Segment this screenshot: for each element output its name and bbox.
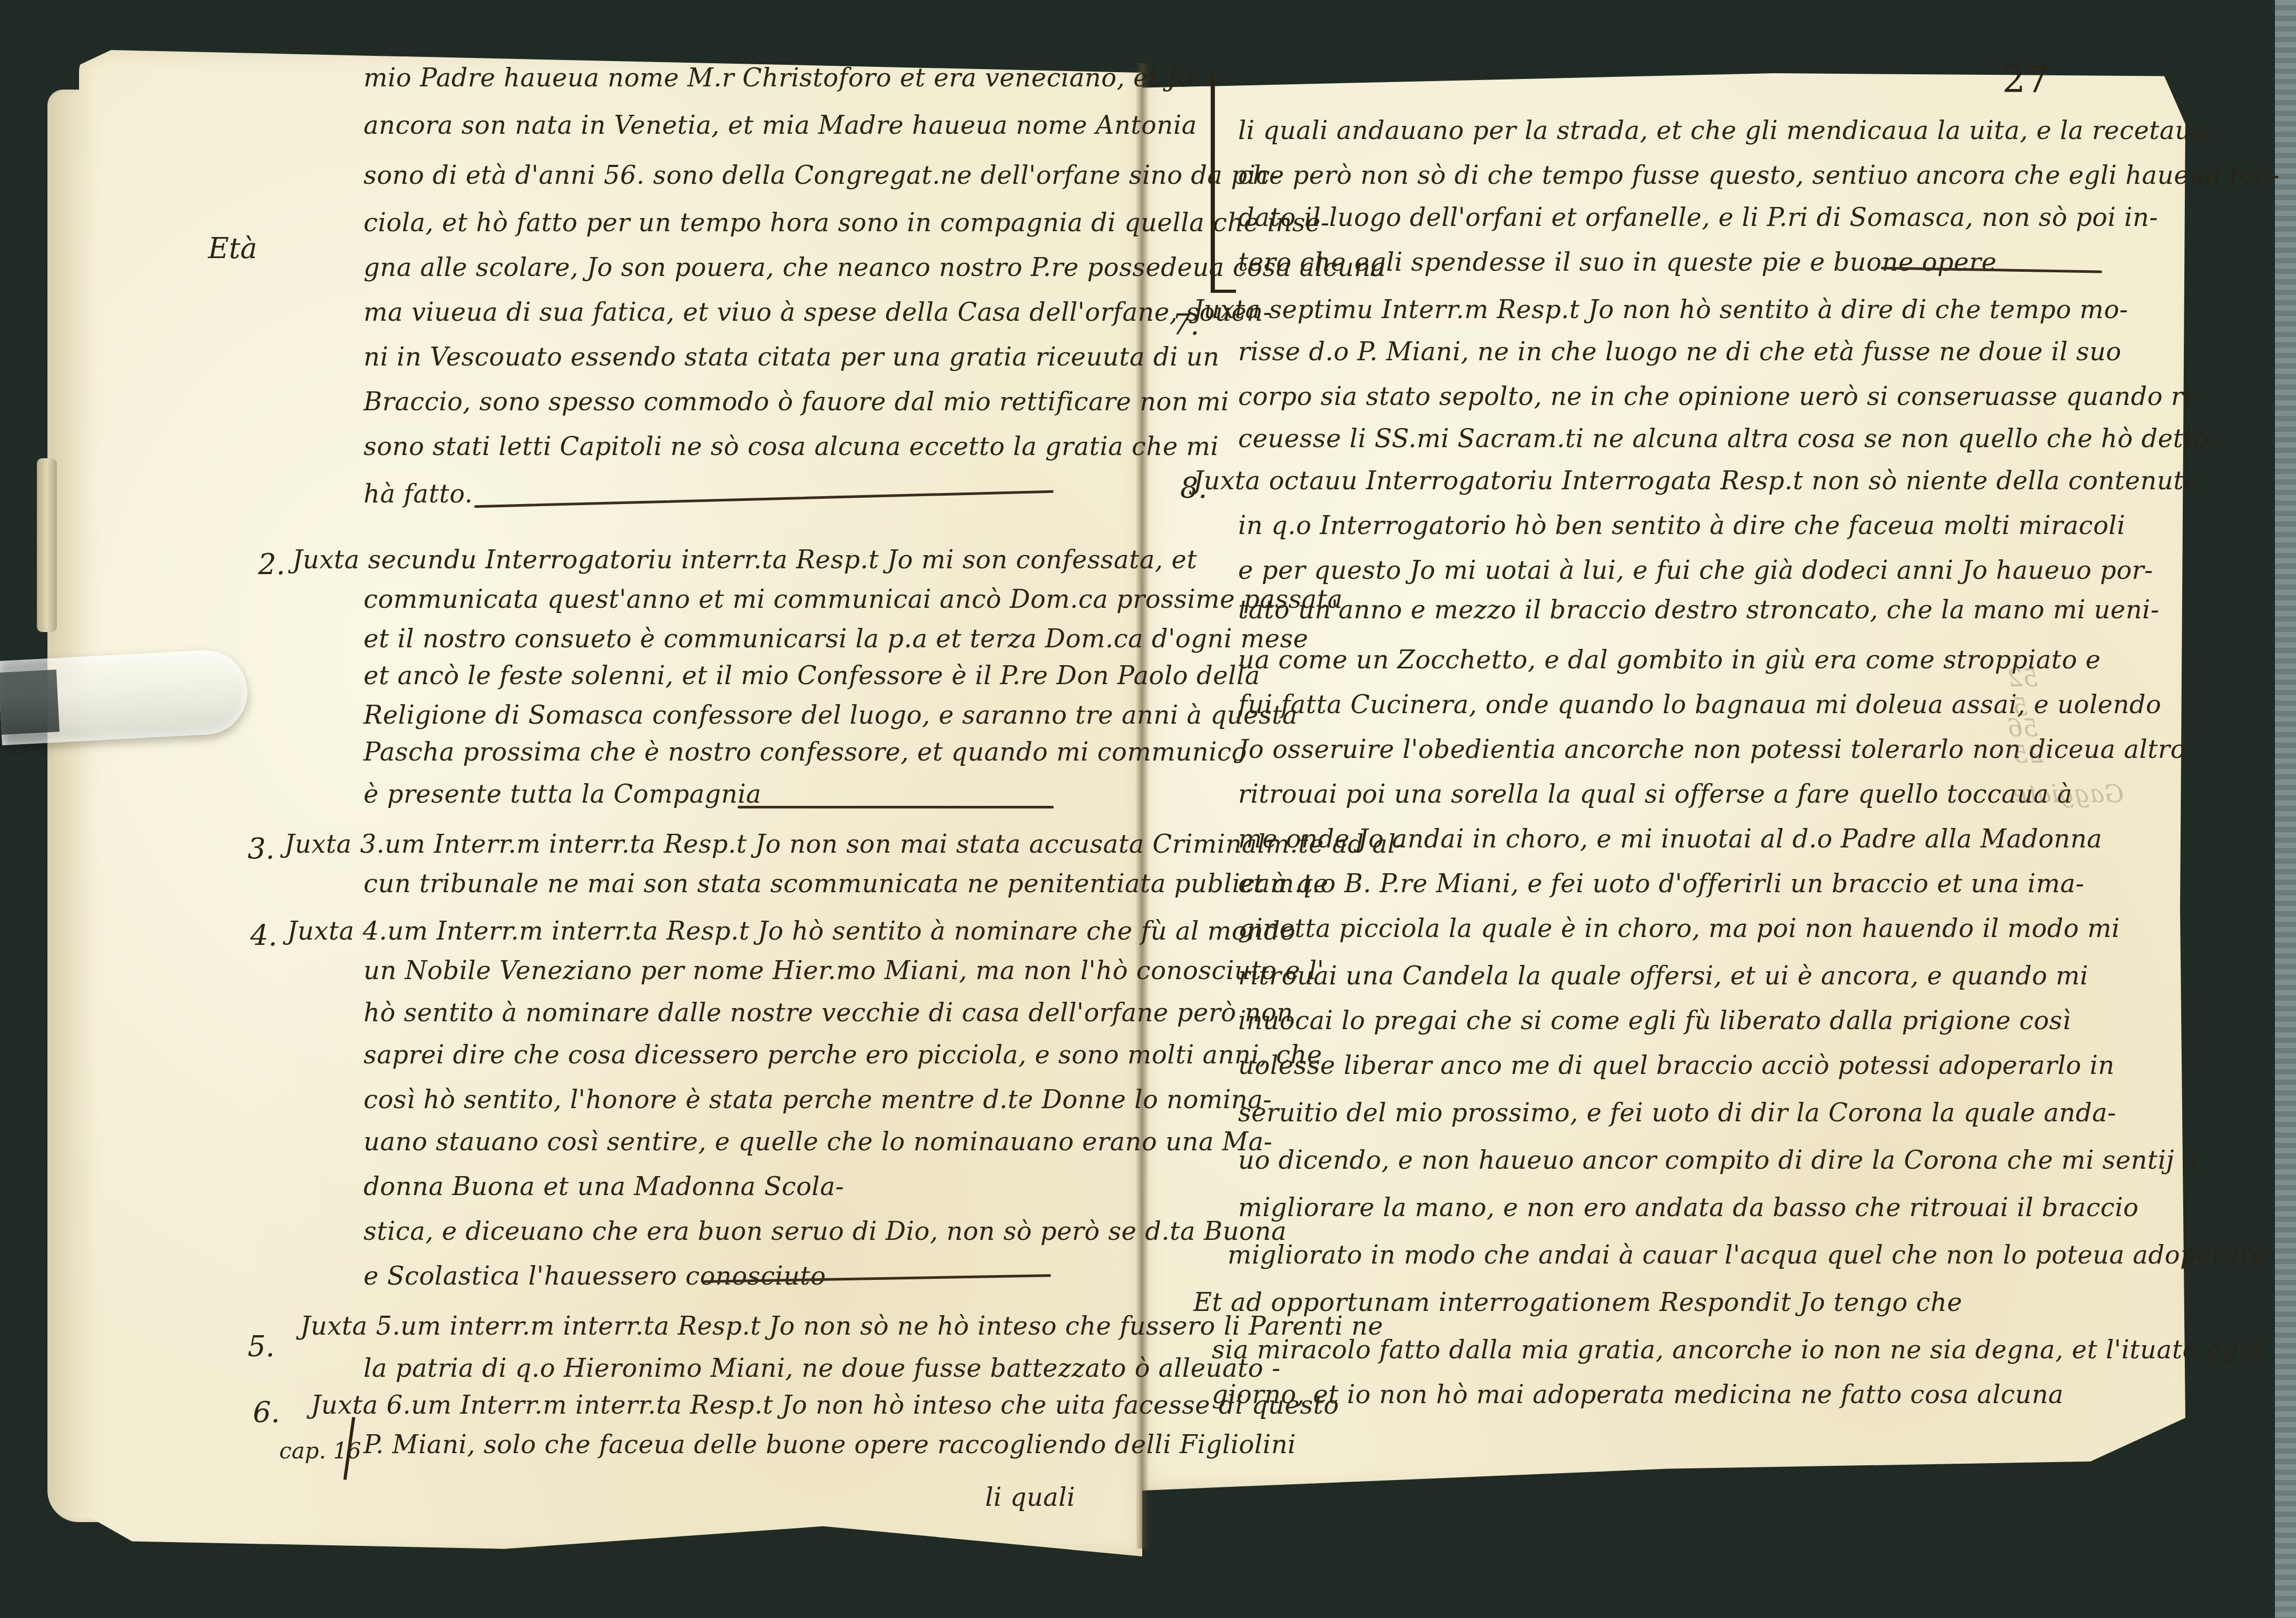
- text-line: è presente tutta la Compagnia: [364, 780, 761, 809]
- text-line: ginetta picciola la quale è in choro, ma…: [1238, 914, 2120, 943]
- text-line: Juxta 6.um Interr.m interr.ta Resp.t Jo …: [311, 1390, 1339, 1420]
- text-line: tero che egli spendesse il suo in queste…: [1238, 248, 1997, 277]
- binding-ribbon: [37, 458, 57, 632]
- text-line: mio Padre haueua nome M.r Christoforo et…: [364, 63, 1193, 93]
- text-line: donna Buona et una Madonna Scola-: [364, 1172, 844, 1201]
- text-line: ua come un Zocchetto, e dal gombito in g…: [1238, 645, 2101, 675]
- text-line: ceuesse li SS.mi Sacram.ti ne alcuna alt…: [1238, 424, 2217, 453]
- margin-item-number: 3.: [248, 832, 275, 865]
- text-line: un Nobile Veneziano per nome Hier.mo Mia…: [364, 956, 1324, 985]
- text-line: ancora son nata in Venetia, et mia Madre…: [364, 111, 1197, 140]
- text-line: P. Miani, solo che faceua delle buone op…: [364, 1430, 1296, 1459]
- text-line: uano stauano così sentire, e quelle che …: [364, 1127, 1272, 1157]
- show-through-mark: 56: [2007, 714, 2038, 742]
- glass-weight-rod: [0, 648, 250, 745]
- text-line: Religione di Somasca confessore del luog…: [364, 701, 1298, 730]
- text-line: hà fatto.: [364, 479, 473, 509]
- text-line: li quali andauano per la strada, et che …: [1238, 116, 2207, 145]
- text-line: risse d.o P. Miani, ne in che luogo ne d…: [1238, 337, 2122, 367]
- text-line: communicata quest'anno et mi communicai …: [364, 585, 1343, 614]
- text-line: Juxta 3.um Interr.m interr.ta Resp.t Jo …: [284, 830, 1405, 859]
- text-line: Juxta 4.um Interr.m interr.ta Resp.t Jo …: [287, 916, 1296, 946]
- text-line: ma viueua di sua fatica, et viuo à spese…: [364, 298, 1272, 327]
- text-line: seruitio del mio prossimo, e fei uoto di…: [1238, 1098, 2116, 1128]
- text-line: uolesse liberar anco me di quel braccio …: [1238, 1051, 2115, 1080]
- text-line: stica, e diceuano che era buon seruo di …: [364, 1217, 1287, 1246]
- text-line: sono stati letti Capitoli ne sò cosa alc…: [364, 432, 1219, 461]
- text-line: saprei dire che cosa dicessero perche er…: [364, 1040, 1322, 1070]
- text-line: cun tribunale ne mai son stata scommunic…: [364, 869, 1328, 899]
- catchword: li quali: [985, 1483, 1075, 1512]
- text-line: et ancò le feste solenni, et il mio Conf…: [364, 661, 1260, 690]
- show-through-mark: 52: [2007, 664, 2038, 692]
- text-line: ritrouai poi una sorella la qual si offe…: [1238, 780, 2073, 809]
- text-line: sono di età d'anni 56. sono della Congre…: [364, 161, 1279, 190]
- text-line: la patria di q.o Hieronimo Miani, ne dou…: [364, 1354, 1281, 1383]
- text-line: che però non sò di che tempo fusse quest…: [1238, 161, 2280, 190]
- text-line: me onde Jo andai in choro, e mi inuotai …: [1238, 824, 2102, 854]
- text-line: Braccio, sono spesso commodo ò fauore da…: [364, 387, 1229, 417]
- text-line: et il nostro consueto è communicarsi la …: [364, 624, 1308, 654]
- margin-item-number: 6.: [253, 1396, 280, 1429]
- text-line: e per questo Jo mi uotai à lui, e fui ch…: [1238, 556, 2153, 585]
- text-line: Pascha prossima che è nostro confessore,…: [364, 737, 1247, 767]
- text-line: migliorare la mano, e non ero andata da …: [1238, 1193, 2138, 1222]
- text-line: Juxta octauu Interrogatoriu Interrogata …: [1193, 466, 2199, 496]
- text-line: inuocai lo pregai che si come egli fù li…: [1238, 1006, 2071, 1035]
- margin-item-number: 2.: [258, 548, 286, 581]
- margin-note-age: Età: [208, 232, 257, 265]
- text-line: corpo sia stato sepolto, ne in che opini…: [1238, 382, 2201, 411]
- text-line: Juxta septimu Interr.m Resp.t Jo non hò …: [1193, 295, 2128, 324]
- text-line: Juxta secundu Interrogatoriu interr.ta R…: [292, 545, 1197, 575]
- text-line: hò sentito à nominare dalle nostre vecch…: [364, 998, 1293, 1028]
- text-line: dato il luogo dell'orfani et orfanelle, …: [1238, 203, 2158, 232]
- text-line: sia miracolo fatto dalla mia gratia, anc…: [1212, 1335, 2263, 1365]
- text-line: ciola, et hò fatto per un tempo hora son…: [364, 208, 1329, 238]
- text-line: così hò sentito, l'honore è stata perche…: [364, 1085, 1272, 1114]
- text-line: et à q.o B. P.re Miani, e fei uoto d'off…: [1238, 869, 2084, 899]
- text-line: e Scolastica l'hauessero conosciuto: [364, 1261, 826, 1291]
- open-manuscript: 27 Età 2. 3. 4. 5. 6. cap. 16 mio Padre …: [0, 0, 2296, 1618]
- text-line: giorno, et io non hò mai adoperata medic…: [1212, 1380, 2064, 1409]
- text-line: Jo osseruire l'obedientia ancorche non p…: [1238, 735, 2186, 764]
- text-line: in q.o Interrogatorio hò ben sentito à d…: [1238, 511, 2125, 540]
- text-line: uo dicendo, e non haueuo ancor compito d…: [1238, 1146, 2198, 1175]
- margin-bracket: [1211, 74, 1236, 293]
- margin-item-number: 4.: [250, 919, 278, 952]
- text-line: ritrouai una Candela la quale offersi, e…: [1238, 961, 2088, 991]
- text-line: tato un'anno e mezzo il braccio destro s…: [1238, 595, 2160, 625]
- margin-item-number: 5.: [248, 1330, 275, 1363]
- text-line: migliorato in modo che andai à cauar l'a…: [1228, 1240, 2267, 1270]
- folio-number: 27: [2002, 58, 2049, 101]
- show-through-mark: Gaggiate: [2013, 780, 2124, 808]
- show-through-mark: 25: [2013, 740, 2044, 768]
- text-line: Et ad opportunam interrogationem Respond…: [1193, 1288, 1963, 1317]
- line-filler-rule: [738, 806, 1054, 808]
- text-line: ni in Vescouato essendo stata citata per…: [364, 342, 1220, 372]
